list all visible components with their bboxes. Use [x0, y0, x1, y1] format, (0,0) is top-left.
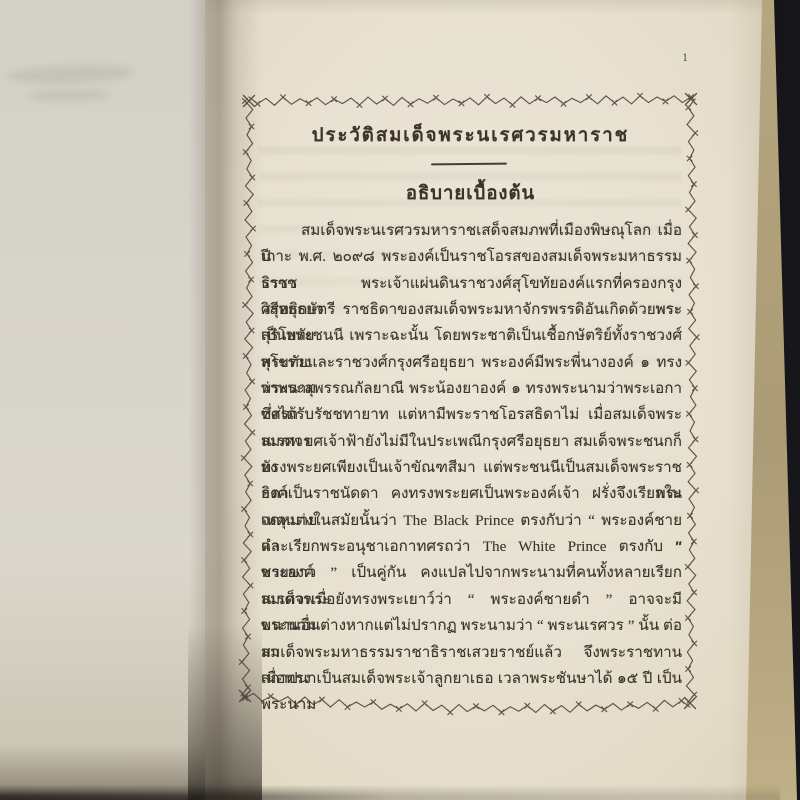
paragraph-line: เป็นพระชนนี เพราะฉะนั้น โดยพระชาติเป็นเช… — [261, 323, 682, 349]
page-title: ประวัติสมเด็จพระนเรศวรมหาราช — [247, 121, 694, 150]
photo-bottom-shadow — [0, 785, 780, 800]
paragraph-line: นเรศวรเมื่อยังทรงพระเยาว์ว่า “ พระองค์ชา… — [261, 587, 682, 613]
paragraph-line: วิสุทธิกษัตรี ราชธิดาของสมเด็จพระมหาจักร… — [261, 297, 682, 323]
paragraph-line: ธิราช พระเจ้าแผ่นดินราชวงศ์สุโขทัยองค์แร… — [261, 271, 682, 297]
paragraph-line: เหตุแต่งในสมัยนั้นว่า The Black Prince ต… — [261, 508, 682, 534]
paragraph-line: และเรียกพระอนุชาเอกาทศรถว่า The White Pr… — [261, 534, 682, 560]
book-photo: 1 ประวัติสมเด็จพระนเรศวรมหาราช อธิบายเบื… — [0, 0, 800, 800]
body-paragraph: สมเด็จพระนเรศวรมหาราชเสด็จสมภพที่เมืองพิ… — [261, 218, 682, 692]
paragraph-line: สุโขทัยและราชวงศ์กรุงศรีอยุธยา พระองค์มี… — [261, 350, 682, 376]
paragraph-line: สมภพ ยศเจ้าฟ้ายังไม่มีในประเพณีกรุงศรีอย… — [261, 429, 682, 455]
paragraph-line: เถาะ พ.ศ. ๒๐๙๘ พระองค์เป็นราชโอรสของสมเด… — [261, 244, 682, 270]
page-number: 1 — [676, 52, 694, 64]
paragraph-line: ชายขาว ” เป็นคู่กัน คงแปลไปจากพระนามที่ค… — [261, 560, 682, 586]
paragraph-line: สมเด็จพระมหาธรรมราชาธิราชเสวยราชย์แล้ว จ… — [261, 640, 682, 666]
left-page — [0, 0, 220, 800]
gutter-shadow — [188, 0, 262, 800]
paragraph-line: สถาปนาเป็นสมเด็จพระเจ้าลูกยาเธอ เวลาพระช… — [261, 666, 682, 692]
section-heading: อธิบายเบื้องต้น — [247, 179, 694, 208]
paragraph-line: ซึ่งได้รับรัชชทายาท แต่หามีพระราชโอรสธิด… — [261, 402, 682, 428]
paragraph-line: ว่าพระสุพรรณกัลยาณี พระน้องยาองค์ ๑ ทรงพ… — [261, 376, 682, 402]
paragraph-line: สมเด็จพระนเรศวรมหาราชเสด็จสมภพที่เมืองพิ… — [261, 218, 682, 244]
paragraph-line: ขนานอื่นต่างหากแต่ไม่ปรากฏ พระนามว่า “ พ… — [261, 613, 682, 639]
showthrough-smudge — [26, 89, 112, 101]
showthrough-smudge — [6, 64, 137, 86]
paragraph-line: องค์เป็นราชนัดดา คงทรงพระยศเป็นพระองค์เจ… — [261, 481, 682, 507]
paragraph-line: ทรงพระยศเพียงเป็นเจ้าขัณฑสีมา แต่พระชนนี… — [261, 455, 682, 481]
